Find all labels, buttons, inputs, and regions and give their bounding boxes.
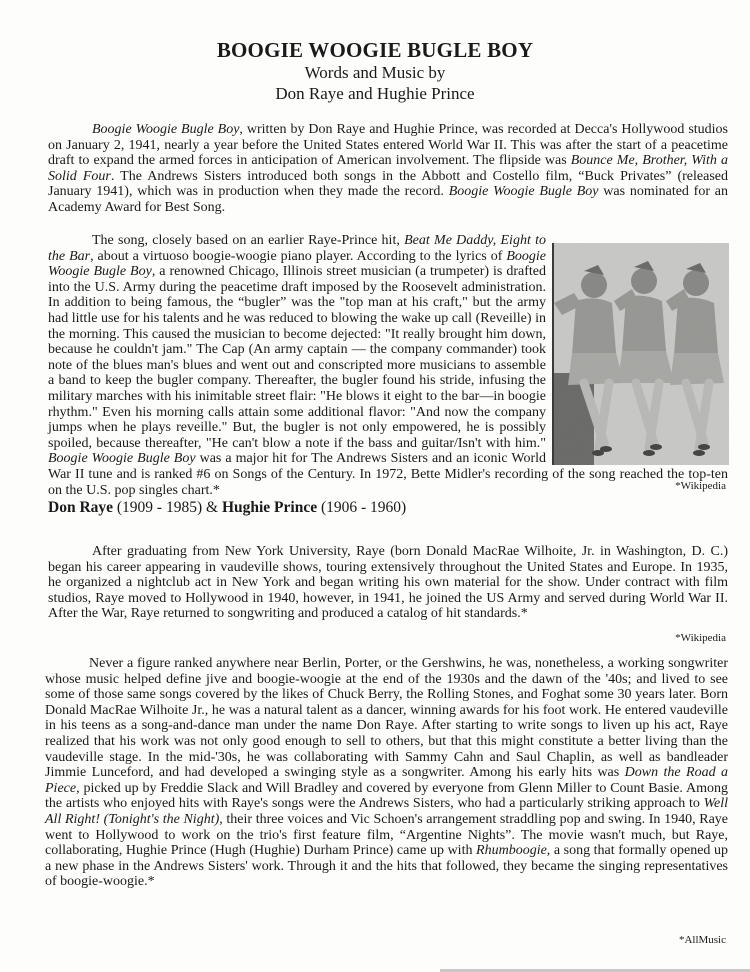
page-title: BOOGIE WOOGIE BUGLE BOY <box>0 38 750 62</box>
bio-paragraph-1: After graduating from New York Universit… <box>48 544 728 622</box>
section-heading-biography: Don Raye (1909 - 1985) & Hughie Prince (… <box>48 499 406 517</box>
subtitle-authors: Don Raye and Hughie Prince <box>0 84 750 104</box>
photo-container <box>552 243 730 465</box>
name-don-raye: Don Raye <box>48 499 113 516</box>
subtitle-words-music: Words and Music by <box>0 63 750 83</box>
bio-paragraph-2: Never a figure ranked anywhere near Berl… <box>45 656 728 890</box>
name-hughie-prince: Hughie Prince <box>222 499 317 516</box>
photo-image-icon <box>554 243 729 465</box>
song-title-italic: Boogie Woogie Bugle Boy <box>449 184 599 199</box>
document-page: BOOGIE WOOGIE BUGLE BOY Words and Music … <box>0 0 750 972</box>
citation-wikipedia-2: *Wikipedia <box>675 632 726 644</box>
citation-wikipedia: *Wikipedia <box>675 480 726 492</box>
andrews-sisters-photo <box>552 243 729 465</box>
song-title-italic: Boogie Woogie Bugle Boy <box>48 451 196 466</box>
hit-title-italic: Rhumboogie <box>476 843 547 858</box>
song-title-italic: Boogie Woogie Bugle Boy <box>92 122 239 137</box>
citation-allmusic: *AllMusic <box>679 934 726 946</box>
song-story-paragraph: The song, closely based on an earlier Ra… <box>48 233 728 498</box>
intro-paragraph: Boogie Woogie Bugle Boy, written by Don … <box>48 122 728 216</box>
